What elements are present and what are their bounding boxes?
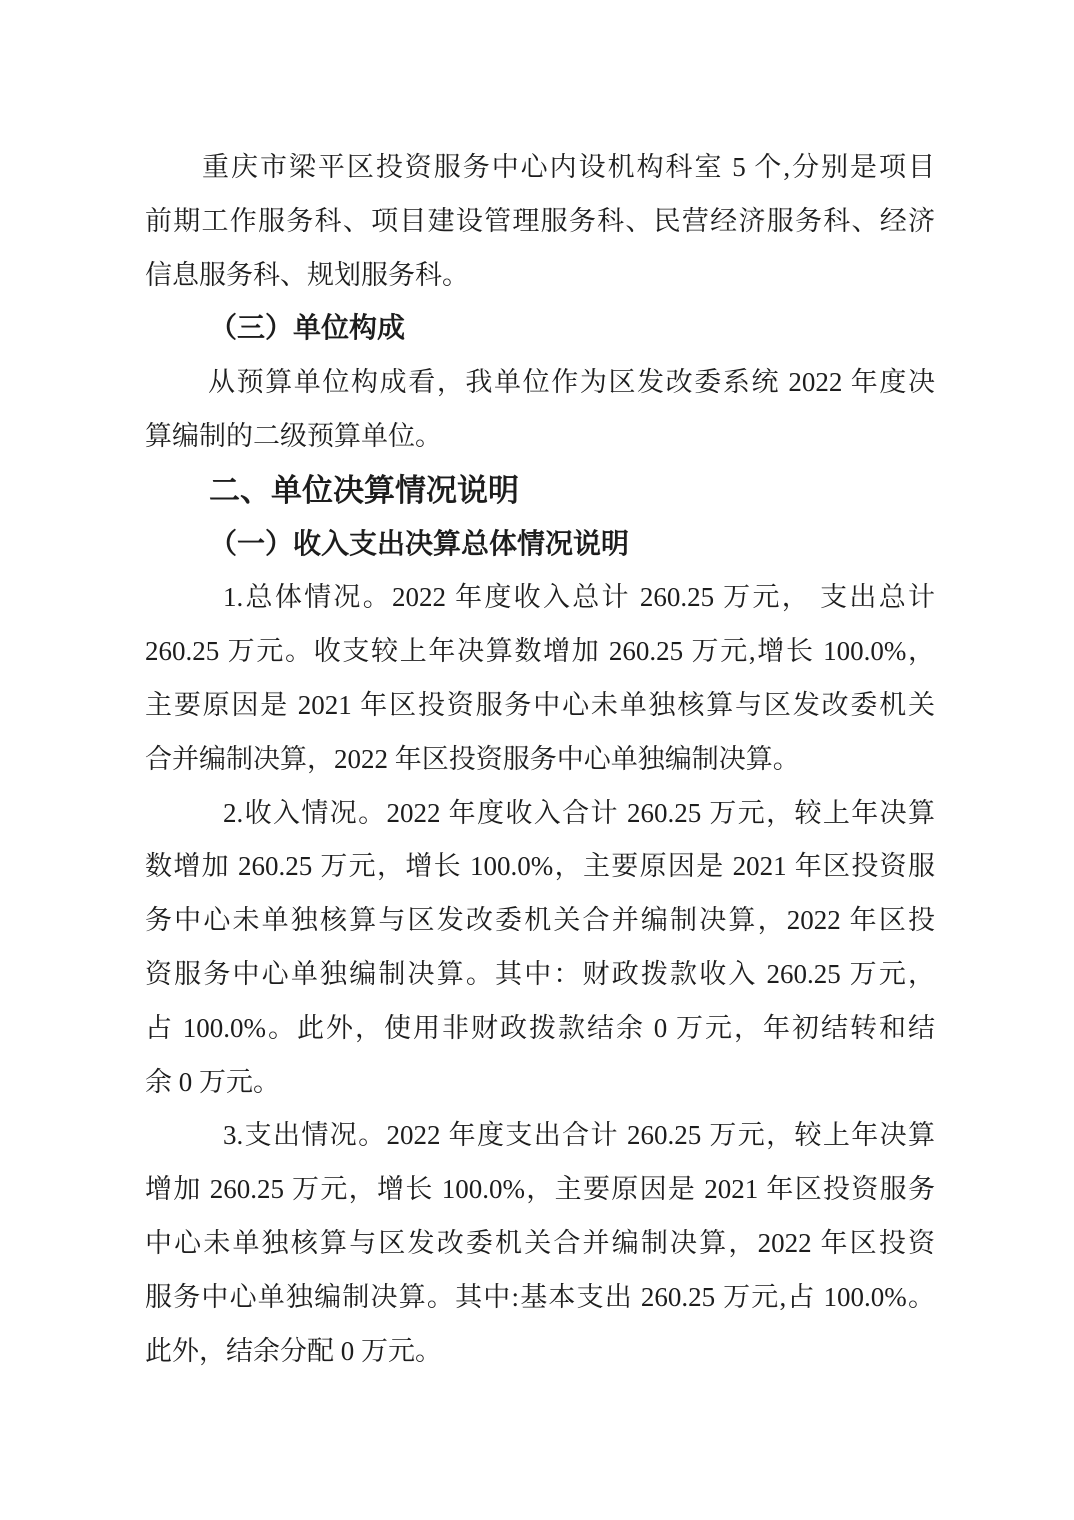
body-line: 中心未单独核算与区发改委机关合并编制决算，2022 年区投资 [145, 1217, 935, 1271]
body-line: 重庆市梁平区投资服务中心内设机构科室 5 个,分别是项目 [145, 141, 935, 195]
body-line: 服务中心单独编制决算。其中:基本支出 260.25 万元,占 100.0%。 [145, 1271, 935, 1325]
body-line: 主要原因是 2021 年区投资服务中心未单独核算与区发改委机关 [145, 679, 935, 733]
body-line: 3.支出情况。2022 年度支出合计 260.25 万元，较上年决算 [145, 1109, 935, 1163]
body-line: 资服务中心单独编制决算。其中：财政拨款收入 260.25 万元， [145, 948, 935, 1002]
body-line: 1.总体情况。2022 年度收入总计 260.25 万元， 支出总计 [145, 571, 935, 625]
document-page: 重庆市梁平区投资服务中心内设机构科室 5 个,分别是项目 前期工作服务科、项目建… [0, 0, 1074, 1520]
section-heading: 二、单位决算情况说明 [145, 464, 935, 518]
body-line: 增加 260.25 万元，增长 100.0%，主要原因是 2021 年区投资服务 [145, 1163, 935, 1217]
body-line: 从预算单位构成看，我单位作为区发改委系统 2022 年度决 [145, 356, 935, 410]
body-line: 数增加 260.25 万元，增长 100.0%，主要原因是 2021 年区投资服 [145, 840, 935, 894]
body-line: 2.收入情况。2022 年度收入合计 260.25 万元，较上年决算 [145, 787, 935, 841]
body-line: 此外，结余分配 0 万元。 [145, 1325, 935, 1379]
body-line: 260.25 万元。收支较上年决算数增加 260.25 万元,增长 100.0%… [145, 625, 935, 679]
subsection-heading: （三）单位构成 [145, 302, 935, 356]
body-line: 余 0 万元。 [145, 1056, 935, 1110]
subsection-heading: （一）收入支出决算总体情况说明 [145, 518, 935, 572]
body-line: 前期工作服务科、项目建设管理服务科、民营经济服务科、经济 [145, 195, 935, 249]
body-line: 信息服务科、规划服务科。 [145, 249, 935, 303]
body-line: 务中心未单独核算与区发改委机关合并编制决算，2022 年区投 [145, 894, 935, 948]
body-line: 算编制的二级预算单位。 [145, 410, 935, 464]
body-line: 合并编制决算，2022 年区投资服务中心单独编制决算。 [145, 733, 935, 787]
body-line: 占 100.0%。此外，使用非财政拨款结余 0 万元，年初结转和结 [145, 1002, 935, 1056]
